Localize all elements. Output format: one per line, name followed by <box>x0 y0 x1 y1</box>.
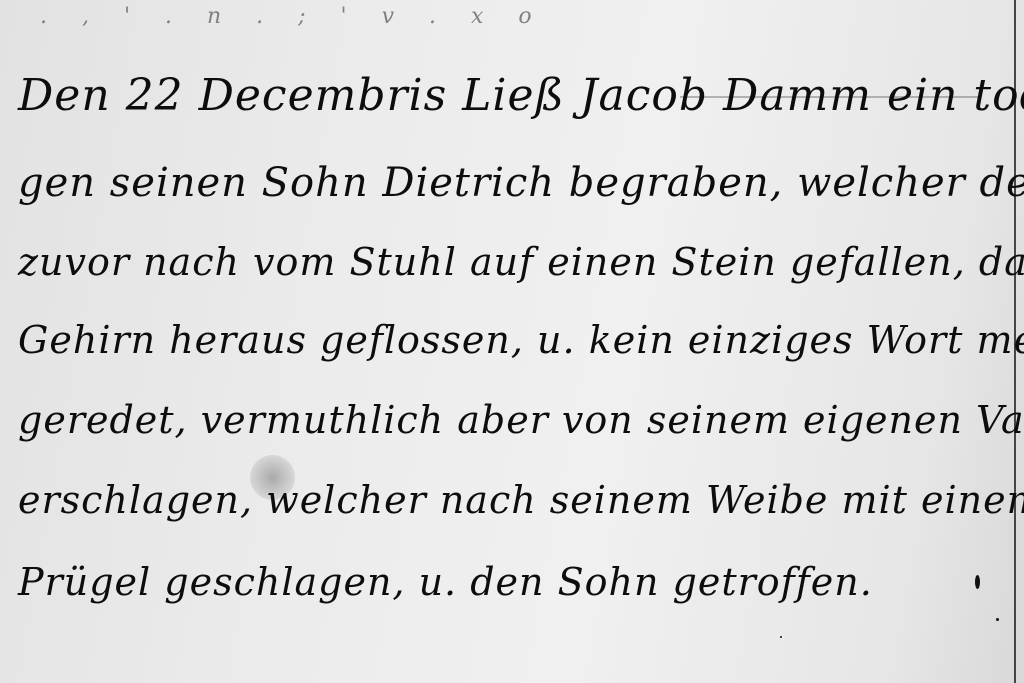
faint-top-fragment: . , ' . n . ; ' v . x o <box>40 4 546 29</box>
ink-speck <box>975 575 980 589</box>
manuscript-line-3: zuvor nach vom Stuhl auf einen Stein gef… <box>18 240 1024 284</box>
manuscript-line-5: geredet, vermuthlich aber von seinem eig… <box>18 398 1024 442</box>
manuscript-line-1: Den 22 Decembris Ließ Jacob Damm ein tod… <box>18 70 1024 121</box>
manuscript-line-7: Prügel geschlagen, u. den Sohn getroffen… <box>18 560 873 604</box>
manuscript-line-6: erschlagen, welcher nach seinem Weibe mi… <box>18 478 1024 522</box>
manuscript-page: . , ' . n . ; ' v . x o Den 22 Decembris… <box>0 0 1024 683</box>
manuscript-line-4: Gehirn heraus geflossen, u. kein einzige… <box>18 318 1024 362</box>
ink-speck <box>996 618 999 621</box>
ink-speck <box>780 636 782 638</box>
manuscript-line-2: gen seinen Sohn Dietrich begraben, welch… <box>18 160 1024 206</box>
